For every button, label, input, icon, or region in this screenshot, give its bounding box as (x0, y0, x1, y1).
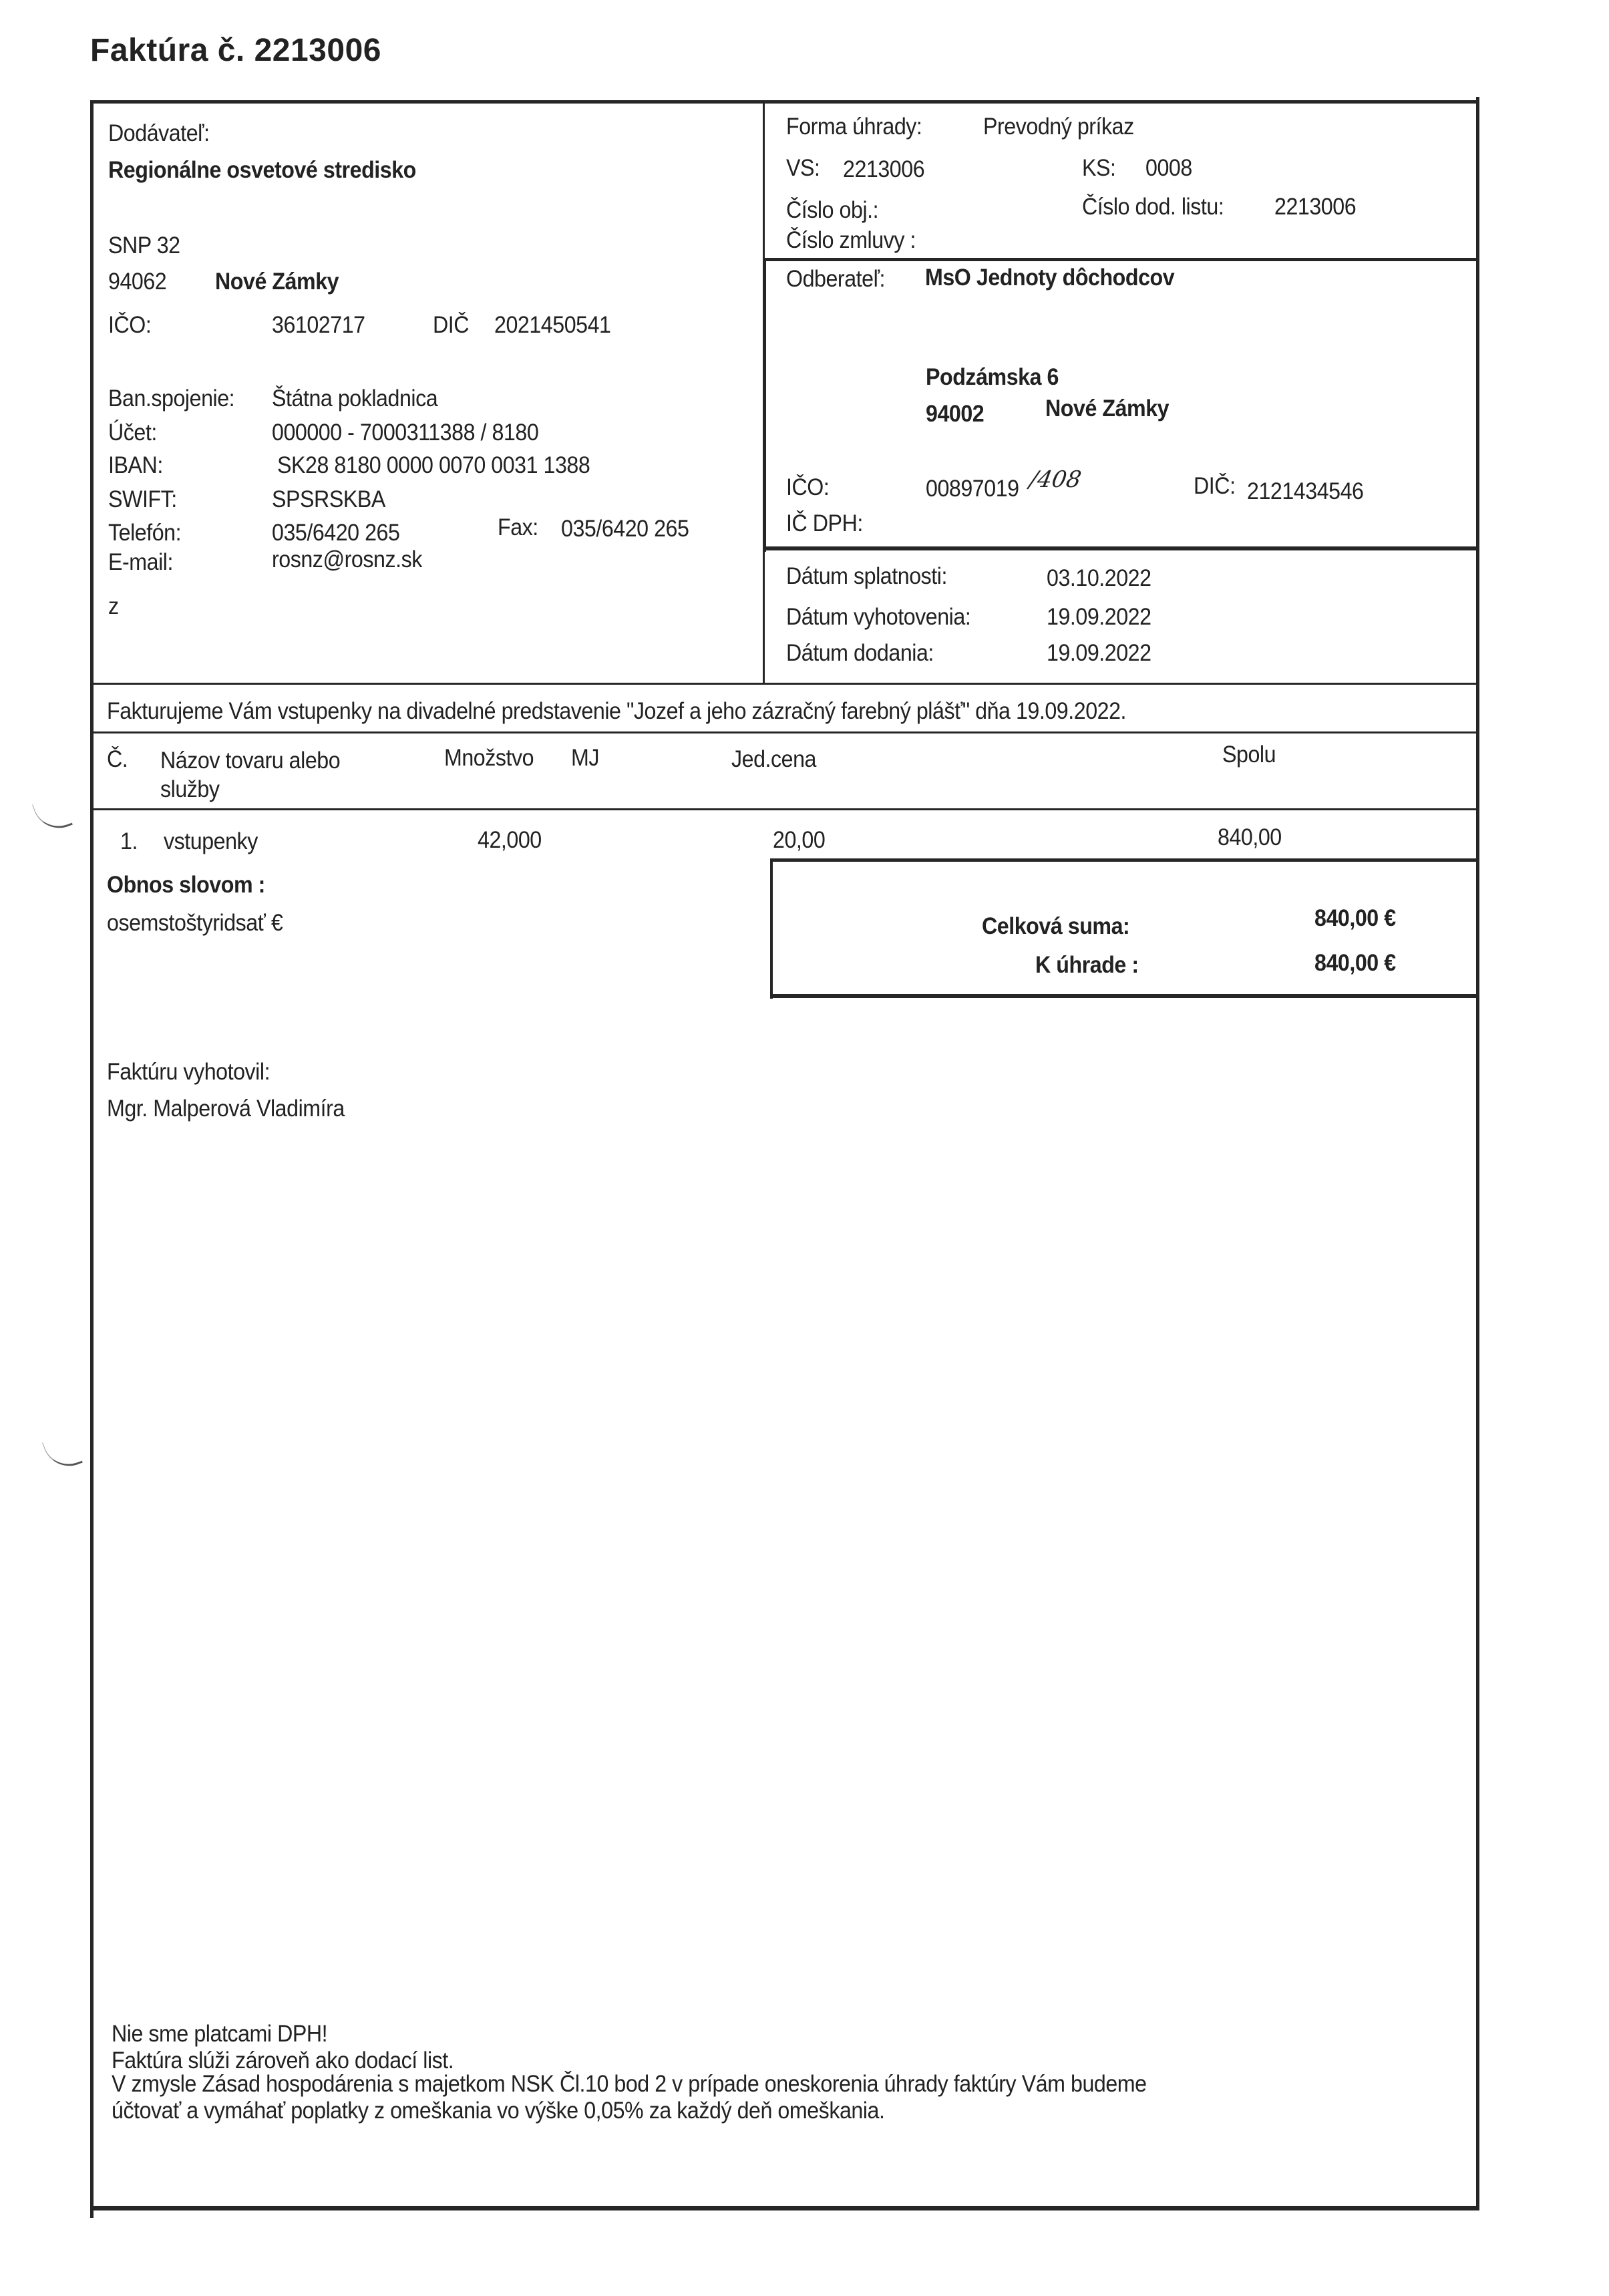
customer-ico-handwritten-note: /408 (1027, 466, 1083, 493)
bank-label: Ban.spojenie: (108, 385, 234, 412)
row-unit-price: 20,00 (773, 827, 825, 854)
account-number: 000000 - 7000311388 / 8180 (272, 420, 538, 446)
header-item-name: Názov tovaru alebo (160, 748, 340, 774)
invoice-title: Faktúra č. 2213006 (90, 32, 381, 69)
supplier-street: SNP 32 (108, 232, 180, 259)
punch-hole-mark (42, 1432, 83, 1473)
due-date-label: Dátum splatnosti: (786, 563, 947, 590)
customer-dic-label: DIČ: (1194, 473, 1236, 500)
amount-in-words: osemstoštyridsať € (107, 910, 283, 937)
issuer-label: Faktúru vyhotovil: (107, 1059, 270, 1086)
customer-name: MsO Jednoty dôchodcov (925, 265, 1174, 291)
row-item-name: vstupenky (164, 828, 258, 855)
delivery-note-label: Číslo dod. listu: (1082, 194, 1224, 220)
customer-zip: 94002 (926, 401, 984, 428)
supplier-ico-label: IČO: (108, 312, 151, 339)
row-number: 1. (120, 828, 138, 855)
total-sum: 840,00 € (1314, 905, 1396, 932)
footer-note: Faktúra slúži zároveň ako dodací list. (112, 2047, 454, 2074)
supplier-dic: 2021450541 (494, 312, 610, 339)
issue-date-label: Dátum vyhotovenia: (786, 604, 970, 631)
issuer-name: Mgr. Malperová Vladimíra (107, 1096, 345, 1122)
supplier-ico: 36102717 (272, 312, 365, 339)
footer-note: účtovať a vymáhať poplatky z omeškania v… (112, 2098, 884, 2124)
customer-dic: 2121434546 (1247, 478, 1363, 505)
row-quantity: 42,000 (478, 827, 542, 854)
customer-label: Odberateľ: (786, 266, 885, 293)
header-number: Č. (107, 746, 128, 773)
payment-method: Prevodný príkaz (983, 114, 1134, 140)
invoice-description: Fakturujeme Vám vstupenky na divadelné p… (107, 698, 1126, 725)
phone-value: 035/6420 265 (272, 520, 399, 546)
delivery-date: 19.09.2022 (1047, 640, 1151, 667)
amount-due: 840,00 € (1314, 950, 1396, 977)
email-label: E-mail: (108, 549, 173, 576)
supplier-note: z (108, 593, 119, 620)
iban-label: IBAN: (108, 452, 163, 479)
bank-name: Štátna pokladnica (272, 385, 437, 412)
fax-value: 035/6420 265 (561, 516, 689, 542)
header-item-name-line2: služby (160, 776, 220, 803)
supplier-dic-label: DIČ (433, 312, 469, 339)
account-label: Účet: (108, 420, 157, 446)
swift-value: SPSRSKBA (272, 486, 385, 513)
vs-value: 2213006 (843, 156, 924, 183)
footer-note: Nie sme platcami DPH! (112, 2021, 327, 2047)
supplier-city: Nové Zámky (215, 269, 339, 295)
header-unit: MJ (571, 745, 599, 772)
footer-note: V zmysle Zásad hospodárenia s majetkom N… (112, 2071, 1147, 2098)
row-total: 840,00 (1218, 824, 1282, 851)
supplier-zip: 94062 (108, 269, 166, 295)
fax-label: Fax: (498, 514, 538, 541)
customer-ico: 00897019 (926, 476, 1019, 502)
ks-label: KS: (1082, 155, 1116, 182)
amount-in-words-label: Obnos slovom : (107, 872, 265, 898)
customer-city: Nové Zámky (1045, 395, 1169, 422)
ks-value: 0008 (1145, 155, 1192, 182)
punch-hole-mark (32, 794, 73, 835)
supplier-label: Dodávateľ: (108, 120, 210, 147)
due-date: 03.10.2022 (1047, 565, 1151, 592)
delivery-note-number: 2213006 (1274, 194, 1356, 220)
customer-ico-label: IČO: (786, 474, 829, 501)
swift-label: SWIFT: (108, 486, 177, 513)
email-value: rosnz@rosnz.sk (272, 546, 422, 573)
customer-street: Podzámska 6 (926, 364, 1059, 391)
payment-method-label: Forma úhrady: (786, 114, 922, 140)
total-sum-label: Celková suma: (982, 913, 1129, 940)
phone-label: Telefón: (108, 520, 181, 546)
contract-number-label: Číslo zmluvy : (786, 227, 916, 254)
header-unit-price: Jed.cena (731, 746, 816, 773)
supplier-name: Regionálne osvetové stredisko (108, 157, 416, 184)
header-quantity: Množstvo (444, 745, 534, 772)
amount-due-label: K úhrade : (1035, 952, 1139, 979)
issue-date: 19.09.2022 (1047, 604, 1151, 631)
customer-icdph-label: IČ DPH: (786, 510, 863, 537)
header-total: Spolu (1222, 742, 1276, 768)
vs-label: VS: (786, 155, 820, 182)
iban-value: SK28 8180 0000 0070 0031 1388 (277, 452, 590, 479)
order-number-label: Číslo obj.: (786, 197, 878, 224)
delivery-date-label: Dátum dodania: (786, 640, 934, 667)
